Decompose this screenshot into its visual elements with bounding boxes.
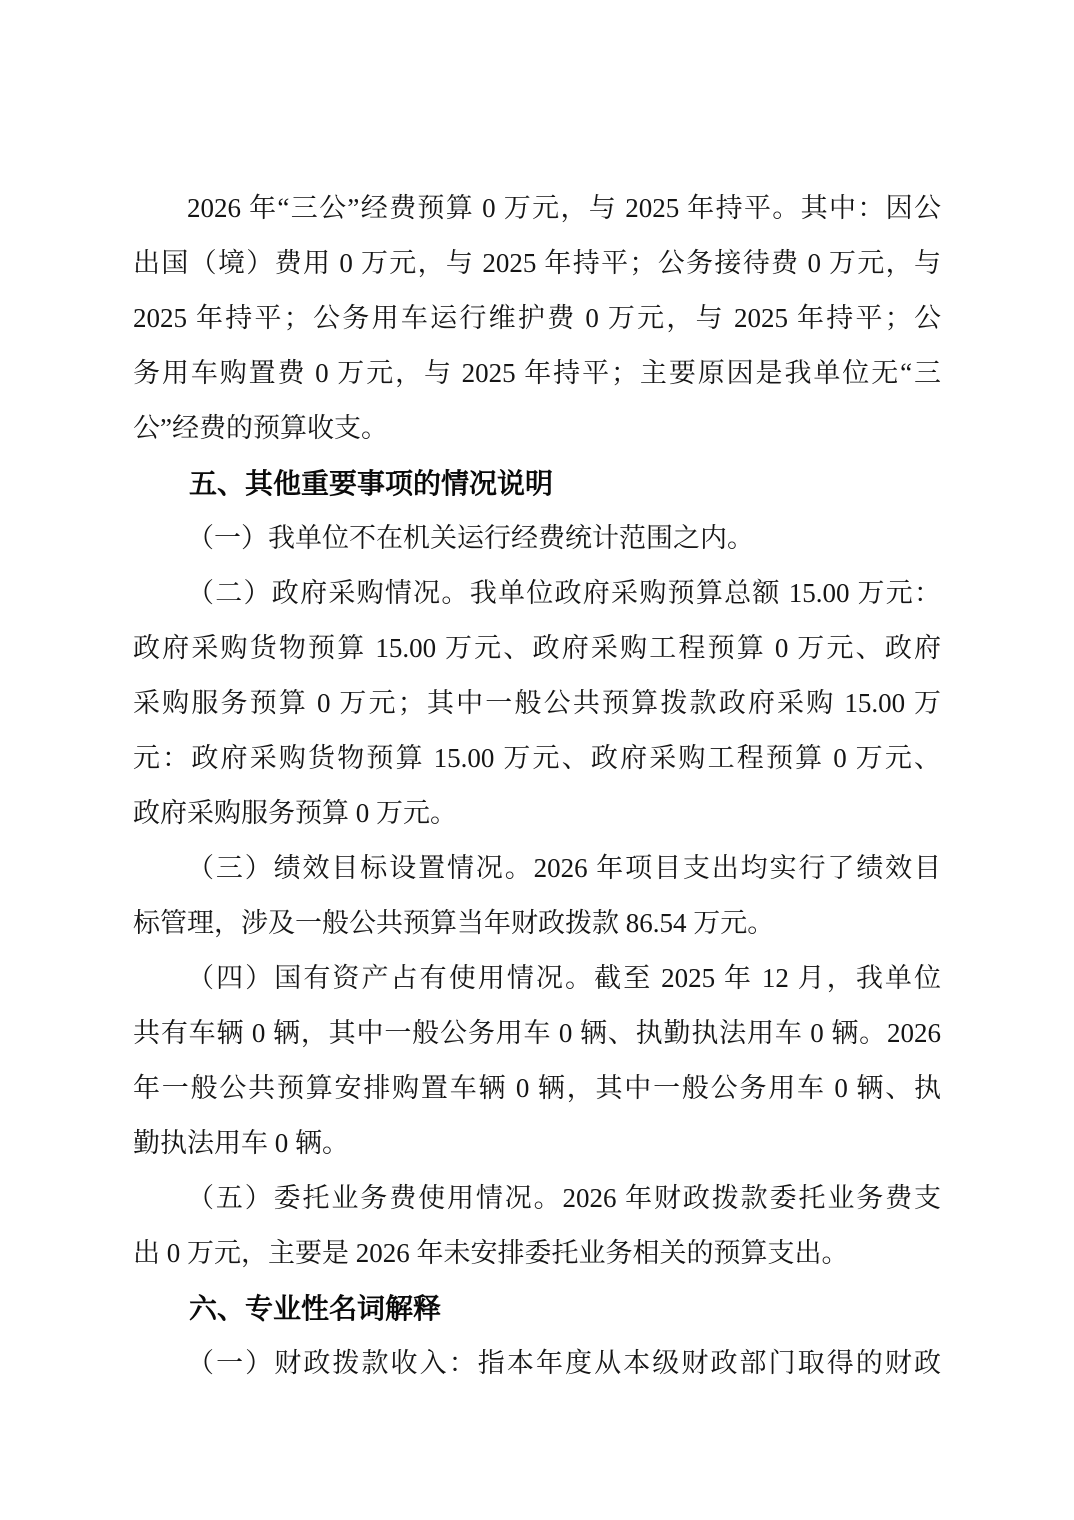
document-body: 2026 年“三公”经费预算 0 万元，与 2025 年持平。其中：因公 出国（… bbox=[133, 181, 941, 1391]
text-line: 2025 年持平；公务用车运行维护费 0 万元，与 2025 年持平；公 bbox=[133, 291, 941, 346]
text-line: 共有车辆 0 辆，其中一般公务用车 0 辆、执勤执法用车 0 辆。2026 bbox=[133, 1006, 941, 1061]
text-line: 出 0 万元，主要是 2026 年未安排委托业务相关的预算支出。 bbox=[133, 1226, 941, 1281]
text-line: （二）政府采购情况。我单位政府采购预算总额 15.00 万元： bbox=[133, 566, 941, 621]
text-line: （四）国有资产占有使用情况。截至 2025 年 12 月，我单位 bbox=[133, 951, 941, 1006]
text-line: 采购服务预算 0 万元；其中一般公共预算拨款政府采购 15.00 万 bbox=[133, 676, 941, 731]
text-line: 元：政府采购货物预算 15.00 万元、政府采购工程预算 0 万元、 bbox=[133, 731, 941, 786]
text-line: 政府采购服务预算 0 万元。 bbox=[133, 786, 941, 841]
text-line: 标管理，涉及一般公共预算当年财政拨款 86.54 万元。 bbox=[133, 896, 941, 951]
text-line: 公”经费的预算收支。 bbox=[133, 401, 941, 456]
section-heading-6: 六、专业性名词解释 bbox=[133, 1281, 941, 1336]
text-line: （一）财政拨款收入：指本年度从本级财政部门取得的财政 bbox=[133, 1336, 941, 1391]
text-line: 勤执法用车 0 辆。 bbox=[133, 1116, 941, 1171]
text-line: 政府采购货物预算 15.00 万元、政府采购工程预算 0 万元、政府 bbox=[133, 621, 941, 676]
text-line: 2026 年“三公”经费预算 0 万元，与 2025 年持平。其中：因公 bbox=[133, 181, 941, 236]
text-line: 务用车购置费 0 万元，与 2025 年持平；主要原因是我单位无“三 bbox=[133, 346, 941, 401]
text-line: （三）绩效目标设置情况。2026 年项目支出均实行了绩效目 bbox=[133, 841, 941, 896]
text-line: （一）我单位不在机关运行经费统计范围之内。 bbox=[133, 511, 941, 566]
text-line: 出国（境）费用 0 万元，与 2025 年持平；公务接待费 0 万元，与 bbox=[133, 236, 941, 291]
document-page: 2026 年“三公”经费预算 0 万元，与 2025 年持平。其中：因公 出国（… bbox=[0, 0, 1074, 1520]
section-heading-5: 五、其他重要事项的情况说明 bbox=[133, 456, 941, 511]
text-line: （五）委托业务费使用情况。2026 年财政拨款委托业务费支 bbox=[133, 1171, 941, 1226]
text-line: 年一般公共预算安排购置车辆 0 辆，其中一般公务用车 0 辆、执 bbox=[133, 1061, 941, 1116]
